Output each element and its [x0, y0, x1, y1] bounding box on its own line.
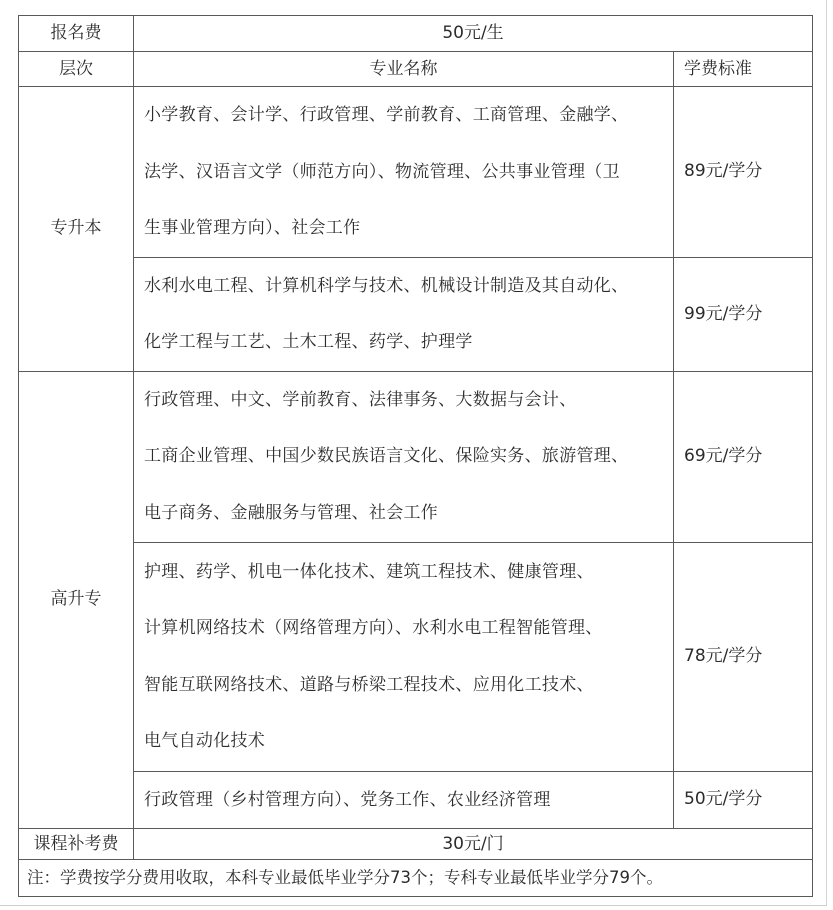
major-line: 法学、汉语言文学（师范方向）、物流管理、公共事业管理（卫: [144, 144, 663, 201]
level-name: 专升本: [19, 87, 134, 372]
registration-fee-row: 报名费 50元/生: [19, 16, 813, 52]
registration-fee-label: 报名费: [19, 16, 134, 52]
major-line: 化学工程与工艺、土木工程、药学、护理学: [144, 314, 663, 371]
fee-value: 50元/学分: [674, 771, 813, 829]
major-line: 生事业管理方向）、社会工作: [144, 200, 663, 257]
major-line: 行政管理（乡村管理方向）、党务工作、农业经济管理: [144, 772, 663, 829]
major-line: 智能互联网络技术、道路与桥梁工程技术、应用化工技术、: [144, 657, 663, 714]
header-row: 层次 专业名称 学费标准: [19, 52, 813, 87]
table-row: 护理、药学、机电一体化技术、建筑工程技术、健康管理、 计算机网络技术（网络管理方…: [19, 542, 813, 771]
table-row: 水利水电工程、计算机科学与技术、机械设计制造及其自动化、 化学工程与工艺、土木工…: [19, 257, 813, 371]
tuition-fee-table: 报名费 50元/生 层次 专业名称 学费标准 专升本 小学教育、会计学、行政管理…: [18, 15, 813, 897]
major-list: 行政管理、中文、学前教育、法律事务、大数据与会计、 工商企业管理、中国少数民族语…: [134, 371, 674, 542]
frame-border-bottom: [0, 905, 827, 906]
major-line: 小学教育、会计学、行政管理、学前教育、工商管理、金融学、: [144, 87, 663, 144]
fee-value: 89元/学分: [674, 87, 813, 258]
major-line: 护理、药学、机电一体化技术、建筑工程技术、健康管理、: [144, 544, 663, 601]
major-list: 行政管理（乡村管理方向）、党务工作、农业经济管理: [134, 771, 674, 829]
major-line: 电气自动化技术: [144, 713, 663, 770]
makeup-fee-value: 30元/门: [134, 829, 813, 860]
major-list: 小学教育、会计学、行政管理、学前教育、工商管理、金融学、 法学、汉语言文学（师范…: [134, 87, 674, 258]
level-name: 高升专: [19, 371, 134, 829]
major-line: 计算机网络技术（网络管理方向）、水利水电工程智能管理、: [144, 600, 663, 657]
major-line: 工商企业管理、中国少数民族语言文化、保险实务、旅游管理、: [144, 428, 663, 485]
table-row: 专升本 小学教育、会计学、行政管理、学前教育、工商管理、金融学、 法学、汉语言文…: [19, 87, 813, 258]
fee-value: 78元/学分: [674, 542, 813, 771]
major-list: 水利水电工程、计算机科学与技术、机械设计制造及其自动化、 化学工程与工艺、土木工…: [134, 257, 674, 371]
header-level: 层次: [19, 52, 134, 87]
makeup-fee-label: 课程补考费: [19, 829, 134, 860]
note-row: 注：学费按学分费用收取，本科专业最低毕业学分73个；专科专业最低毕业学分79个。: [19, 860, 813, 897]
major-line: 电子商务、金融服务与管理、社会工作: [144, 485, 663, 542]
major-list: 护理、药学、机电一体化技术、建筑工程技术、健康管理、 计算机网络技术（网络管理方…: [134, 542, 674, 771]
makeup-fee-row: 课程补考费 30元/门: [19, 829, 813, 860]
header-major: 专业名称: [134, 52, 674, 87]
table-row: 行政管理（乡村管理方向）、党务工作、农业经济管理 50元/学分: [19, 771, 813, 829]
registration-fee-value: 50元/生: [134, 16, 813, 52]
table-row: 高升专 行政管理、中文、学前教育、法律事务、大数据与会计、 工商企业管理、中国少…: [19, 371, 813, 542]
note-text: 注：学费按学分费用收取，本科专业最低毕业学分73个；专科专业最低毕业学分79个。: [19, 860, 813, 897]
fee-value: 69元/学分: [674, 371, 813, 542]
header-fee: 学费标准: [674, 52, 813, 87]
frame-border-right: [826, 0, 827, 905]
major-line: 行政管理、中文、学前教育、法律事务、大数据与会计、: [144, 372, 663, 429]
fee-value: 99元/学分: [674, 257, 813, 371]
major-line: 水利水电工程、计算机科学与技术、机械设计制造及其自动化、: [144, 258, 663, 315]
